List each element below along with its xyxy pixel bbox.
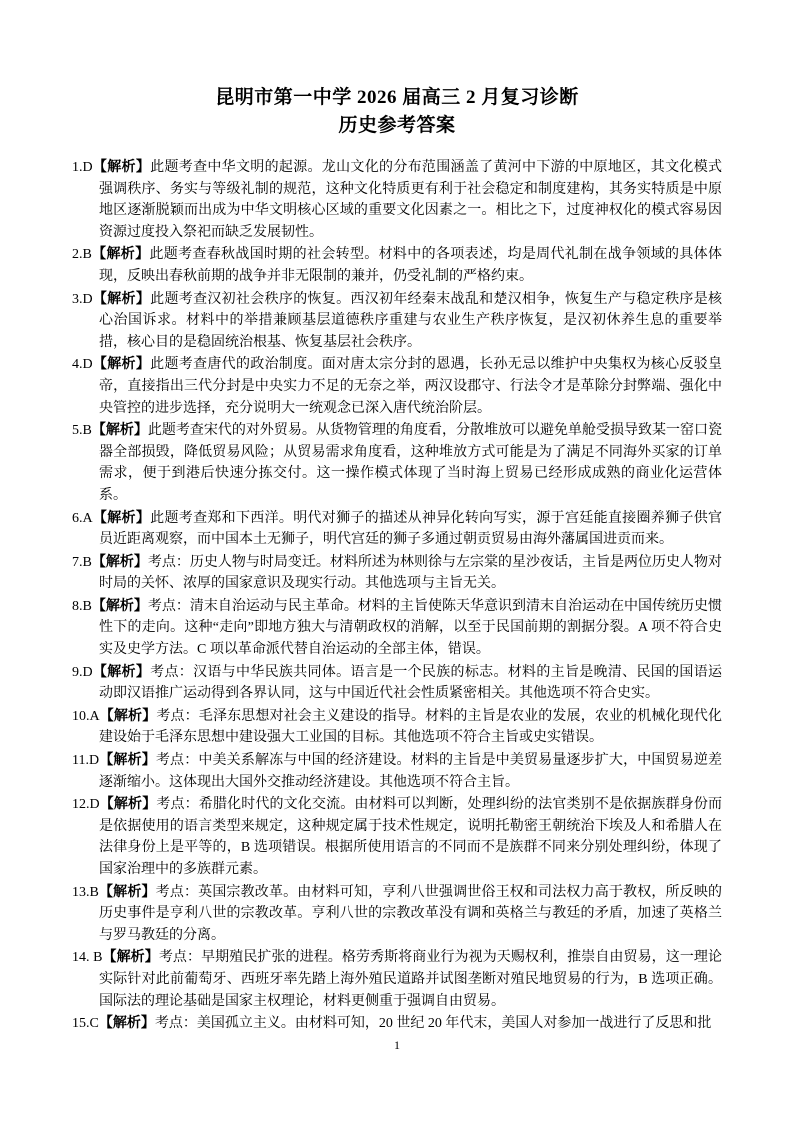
analysis-label: 【解析】: [99, 1016, 155, 1031]
answer-code: 7.B: [72, 555, 92, 570]
analysis-label: 【解析】: [92, 599, 148, 614]
answer-code: 6.A: [72, 511, 93, 526]
answer-item-13: 13.B【解析】考点：英国宗教改革。由材料可知，亨利八世强调世俗王权和司法权力高…: [72, 882, 722, 947]
answer-item-12: 12.D【解析】考点：希腊化时代的文化交流。由材料可以判断，处理纠纷的法官类别不…: [72, 794, 722, 880]
answer-text: 此题考查中华文明的起源。龙山文化的分布范围涵盖了黄河中下游的中原地区，其文化模式…: [99, 160, 722, 240]
answer-code: 14. B: [72, 950, 102, 965]
title-line-2: 历史参考答案: [0, 112, 794, 140]
answer-item-14: 14. B【解析】考点：早期殖民扩张的进程。格劳秀斯将商业行为视为天赐权利，推崇…: [72, 947, 722, 1012]
analysis-label: 【解析】: [102, 950, 158, 965]
answer-text: 考点：清末自治运动与民主革命。材料的主旨使陈天华意识到清末自治运动在中国传统历史…: [99, 599, 722, 657]
answer-text: 考点：美国孤立主义。由材料可知，20 世纪 20 年代末，美国人对参加一战进行了…: [155, 1016, 712, 1031]
analysis-label: 【解析】: [92, 423, 148, 438]
answer-code: 13.B: [72, 885, 99, 900]
answer-code: 4.D: [72, 357, 93, 372]
analysis-label: 【解析】: [93, 511, 151, 526]
analysis-label: 【解析】: [100, 709, 157, 724]
answer-code: 9.D: [72, 665, 93, 680]
answer-text: 此题考查宋代的对外贸易。从货物管理的角度看，分散堆放可以避免单舱受损导致某一窑口…: [99, 423, 722, 503]
analysis-label: 【解析】: [93, 292, 151, 307]
answer-text: 此题考查郑和下西洋。明代对狮子的描述从神异化转向写实，源于宫廷能直接圈养狮子供官…: [99, 511, 722, 548]
analysis-label: 【解析】: [93, 665, 151, 680]
answer-code: 10.A: [72, 709, 100, 724]
answer-text: 此题考查唐代的政治制度。面对唐太宗分封的恩遇，长孙无忌以维护中央集权为核心反驳皇…: [99, 357, 722, 415]
answer-code: 8.B: [72, 599, 92, 614]
analysis-label: 【解析】: [92, 247, 150, 262]
answer-text: 此题考查汉初社会秩序的恢复。西汉初年经秦末战乱和楚汉相争，恢复生产与稳定秩序是核…: [99, 292, 722, 350]
answer-item-6: 6.A【解析】此题考查郑和下西洋。明代对狮子的描述从神异化转向写实，源于宫廷能直…: [72, 508, 722, 551]
answer-text: 考点：英国宗教改革。由材料可知，亨利八世强调世俗王权和司法权力高于教权，所反映的…: [99, 885, 722, 943]
answer-code: 15.C: [72, 1016, 99, 1031]
answer-code: 11.D: [72, 753, 99, 768]
answer-code: 3.D: [72, 292, 93, 307]
answer-code: 5.B: [72, 423, 92, 438]
answer-item-11: 11.D【解析】考点：中美关系解冻与中国的经济建设。材料的主旨是中美贸易量逐步扩…: [72, 750, 722, 793]
answer-item-2: 2.B【解析】此题考查春秋战国时期的社会转型。材料中的各项表述，均是周代礼制在战…: [72, 244, 722, 287]
analysis-label: 【解析】: [99, 885, 156, 900]
answer-text: 考点：历史人物与时局变迁。材料所述为林则徐与左宗棠的星沙夜话，主旨是两位历史人物…: [99, 555, 722, 592]
analysis-label: 【解析】: [93, 160, 151, 175]
answer-code: 2.B: [72, 247, 92, 262]
analysis-label: 【解析】: [92, 555, 148, 570]
answer-item-10: 10.A【解析】考点：毛泽东思想对社会主义建设的指导。材料的主旨是农业的发展，农…: [72, 706, 722, 749]
answer-item-8: 8.B【解析】考点：清末自治运动与民主革命。材料的主旨使陈天华意识到清末自治运动…: [72, 596, 722, 661]
answer-text: 此题考查春秋战国时期的社会转型。材料中的各项表述，均是周代礼制在战争领域的具体体…: [99, 247, 722, 284]
analysis-label: 【解析】: [100, 797, 157, 812]
answer-text: 考点：希腊化时代的文化交流。由材料可以判断，处理纠纷的法官类别不是依据族群身份而…: [99, 797, 722, 877]
answer-text: 考点：中美关系解冻与中国的经济建设。材料的主旨是中美贸易量逐步扩大，中国贸易逆差…: [99, 753, 722, 790]
document-title: 昆明市第一中学 2026 届高三 2 月复习诊断 历史参考答案: [0, 0, 794, 140]
analysis-label: 【解析】: [93, 357, 151, 372]
answer-item-1: 1.D【解析】此题考查中华文明的起源。龙山文化的分布范围涵盖了黄河中下游的中原地…: [72, 157, 722, 243]
answer-list: 1.D【解析】此题考查中华文明的起源。龙山文化的分布范围涵盖了黄河中下游的中原地…: [0, 140, 794, 1035]
answer-item-15: 15.C【解析】考点：美国孤立主义。由材料可知，20 世纪 20 年代末，美国人…: [72, 1013, 722, 1035]
answer-item-5: 5.B【解析】此题考查宋代的对外贸易。从货物管理的角度看，分散堆放可以避免单舱受…: [72, 420, 722, 506]
answer-code: 12.D: [72, 797, 100, 812]
answer-text: 考点：早期殖民扩张的进程。格劳秀斯将商业行为视为天赐权利，推崇自由贸易，这一理论…: [99, 950, 722, 1008]
answer-code: 1.D: [72, 160, 93, 175]
page-number: 1: [0, 1038, 794, 1053]
answer-item-7: 7.B【解析】考点：历史人物与时局变迁。材料所述为林则徐与左宗棠的星沙夜话，主旨…: [72, 552, 722, 595]
answer-text: 考点：汉语与中华民族共同体。语言是一个民族的标志。材料的主旨是晚清、民国的国语运…: [99, 665, 722, 702]
title-line-1: 昆明市第一中学 2026 届高三 2 月复习诊断: [0, 84, 794, 112]
document-page: 昆明市第一中学 2026 届高三 2 月复习诊断 历史参考答案 1.D【解析】此…: [0, 0, 794, 1123]
answer-item-4: 4.D【解析】此题考查唐代的政治制度。面对唐太宗分封的恩遇，长孙无忌以维护中央集…: [72, 354, 722, 419]
analysis-label: 【解析】: [99, 753, 156, 768]
answer-text: 考点：毛泽东思想对社会主义建设的指导。材料的主旨是农业的发展，农业的机械化现代化…: [99, 709, 722, 746]
answer-item-3: 3.D【解析】此题考查汉初社会秩序的恢复。西汉初年经秦末战乱和楚汉相争，恢复生产…: [72, 289, 722, 354]
answer-item-9: 9.D【解析】考点：汉语与中华民族共同体。语言是一个民族的标志。材料的主旨是晚清…: [72, 662, 722, 705]
